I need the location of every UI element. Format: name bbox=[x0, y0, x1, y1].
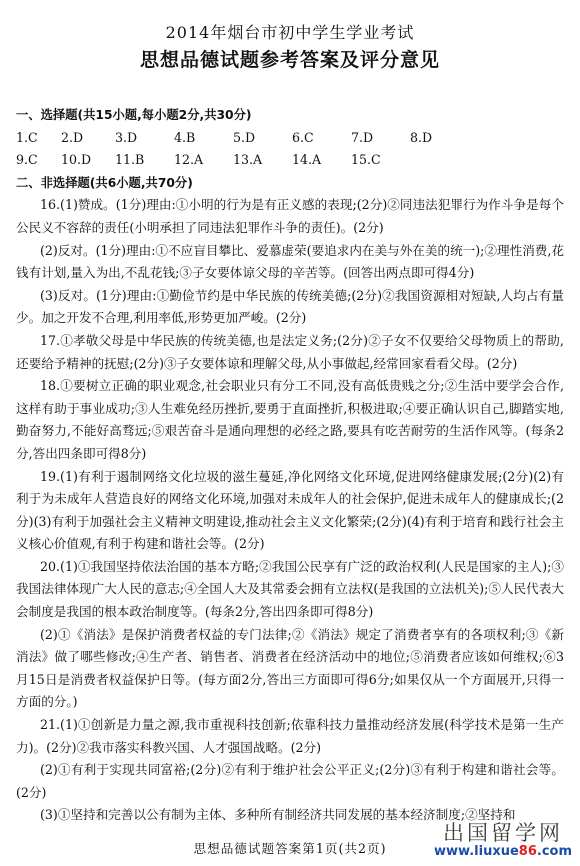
answer-paragraph: 21.(1)①创新是力量之源,我市重视科技创新;依靠科技力量推动经济发展(科学技… bbox=[16, 714, 564, 759]
mc-answers-row-2: 9.C 10.D 11.B 12.A 13.A 14.A 15.C bbox=[16, 149, 564, 172]
mc-answer: 15.C bbox=[351, 149, 410, 172]
mc-answer: 7.D bbox=[351, 127, 410, 150]
answer-paragraph: (2)反对。(1分)理由:①不应盲目攀比、爱慕虚荣(要追求内在美与外在美的统一)… bbox=[16, 240, 564, 285]
mc-answer: 9.C bbox=[16, 149, 61, 172]
mc-answer: 4.B bbox=[174, 127, 233, 150]
site-watermark: 出国留学网 www.liuxue86.com bbox=[434, 822, 572, 860]
answer-paragraph: 16.(1)赞成。(1分)理由:①小明的行为是有正义感的表现;(2分)②同违法犯… bbox=[16, 194, 564, 239]
answer-paragraph: (3)反对。(1分)理由:①勤俭节约是中华民族的传统美德;(2分)②我国资源相对… bbox=[16, 285, 564, 330]
answer-paragraph: 20.(1)①我国坚持依法治国的基本方略;②我国公民享有广泛的政治权利(人民是国… bbox=[16, 556, 564, 624]
section-1-heading: 一、选择题(共15小题,每小题2分,共30分) bbox=[16, 104, 564, 127]
answer-key-title: 思想品德试题参考答案及评分意见 bbox=[0, 45, 580, 72]
watermark-url-suffix: .com bbox=[537, 844, 572, 859]
section-2-heading: 二、非选择题(共6小题,共70分) bbox=[16, 172, 564, 195]
watermark-url-prefix: www.liuxue bbox=[434, 844, 519, 859]
mc-answers-row-1: 1.C 2.D 3.D 4.B 5.D 6.C 7.D 8.D bbox=[16, 127, 564, 150]
mc-answer: 1.C bbox=[16, 127, 61, 150]
mc-answer: 11.B bbox=[115, 149, 174, 172]
answer-paragraph: (2)①有利于实现共同富裕;(2分)②有利于维护社会公平正义;(2分)③有利于构… bbox=[16, 759, 564, 804]
answer-paragraph: 18.①要树立正确的职业观念,社会职业只有分工不同,没有高低贵贱之分;②生活中要… bbox=[16, 375, 564, 465]
mc-answer: 3.D bbox=[115, 127, 174, 150]
watermark-url-highlight: 86 bbox=[519, 844, 537, 859]
document-page: 2014年烟台市初中学生学业考试 思想品德试题参考答案及评分意见 一、选择题(共… bbox=[0, 0, 580, 866]
mc-answer: 13.A bbox=[233, 149, 292, 172]
answer-paragraph: 19.(1)有利于遏制网络文化垃圾的滋生蔓延,净化网络文化环境,促进网络健康发展… bbox=[16, 466, 564, 556]
mc-answer: 12.A bbox=[174, 149, 233, 172]
mc-answer: 5.D bbox=[233, 127, 292, 150]
mc-answer: 2.D bbox=[61, 127, 115, 150]
document-body: 一、选择题(共15小题,每小题2分,共30分) 1.C 2.D 3.D 4.B … bbox=[16, 104, 564, 827]
mc-answer: 8.D bbox=[410, 127, 469, 150]
exam-title: 2014年烟台市初中学生学业考试 bbox=[0, 20, 580, 43]
answer-paragraph: 17.①孝敬父母是中华民族的传统美德,也是法定义务;(2分)②子女不仅要给父母物… bbox=[16, 330, 564, 375]
watermark-url: www.liuxue86.com bbox=[434, 844, 572, 860]
mc-answer: 10.D bbox=[61, 149, 115, 172]
mc-answer: 6.C bbox=[292, 127, 351, 150]
answer-paragraph: (2)①《消法》是保护消费者权益的专门法律;②《消法》规定了消费者享有的各项权利… bbox=[16, 624, 564, 714]
mc-answer: 14.A bbox=[292, 149, 351, 172]
watermark-logo-text: 出国留学网 bbox=[434, 822, 572, 844]
